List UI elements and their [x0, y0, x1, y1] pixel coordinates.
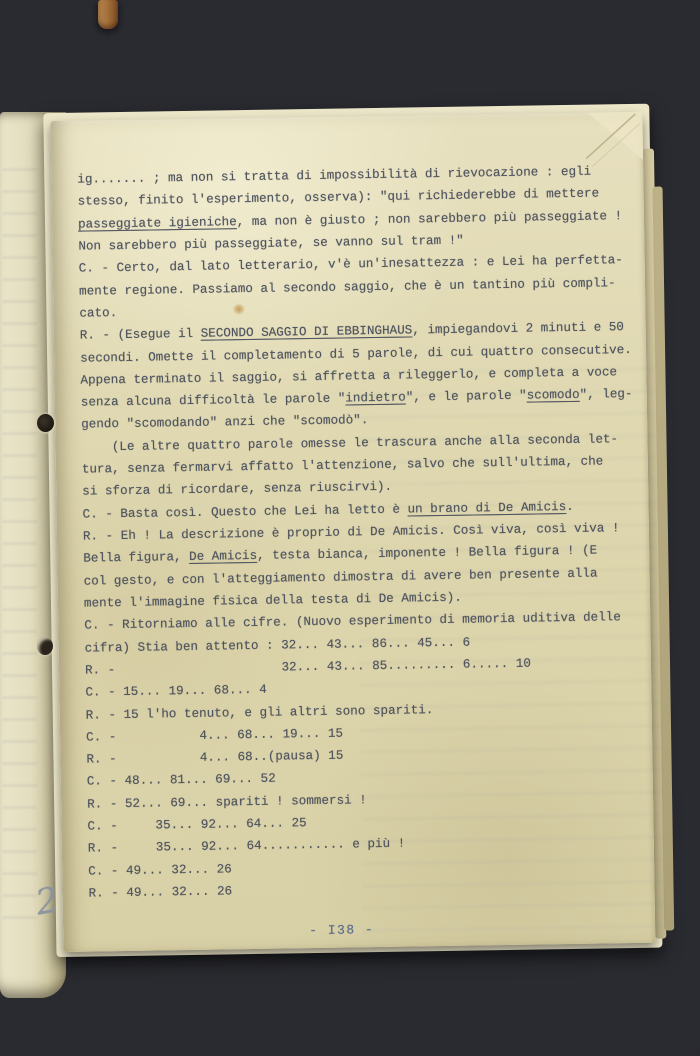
punch-hole-top — [37, 414, 54, 432]
text-segment: gendo "scomodando" anzi che "scomodò". — [81, 414, 368, 433]
text-segment: senza alcuna difficoltà le parole " — [81, 392, 346, 410]
text-segment: C. - 48... 81... 69... 52 — [87, 772, 276, 789]
text-segment: De Amicis — [189, 549, 257, 564]
text-segment: col gesto, e con l'atteggiamento dimostr… — [84, 566, 598, 588]
text-segment: stesso, finito l'esperimento, osserva): … — [78, 187, 600, 209]
text-segment: C. - 35... 92... 64... 25 — [87, 816, 306, 833]
document-page: ig....... ; ma non si tratta di impossib… — [50, 112, 655, 952]
text-segment: C. - Basta così. Questo che Lei ha letto… — [82, 502, 407, 521]
text-segment: indietro — [345, 391, 406, 406]
text-segment: cifra) Stia ben attento : 32... 43... 86… — [85, 635, 471, 655]
text-block: ig....... ; ma non si tratta di impossib… — [77, 160, 654, 905]
text-segment: cato. — [79, 306, 117, 321]
page-number: - I38 - — [309, 922, 374, 938]
text-segment: C. - 15... 19... 68... 4 — [85, 683, 267, 700]
photo-background: ig....... ; ma non si tratta di impossib… — [0, 0, 700, 1056]
text-segment: un brano di De Amicis — [407, 500, 566, 516]
text-segment: , impiegandovi 2 minuti e 50 — [412, 320, 624, 337]
text-segment: R. - 49... 32... 26 — [88, 884, 232, 900]
text-segment: si sforza di ricordare, senza riuscirvi)… — [82, 480, 392, 499]
text-segment: R. - 52... 69... spariti ! sommersi ! — [87, 793, 367, 811]
text-segment: R. - 32... 43... 85......... 6..... 10 — [85, 656, 531, 677]
text-segment: C. - 49... 32... 26 — [88, 862, 232, 878]
text-segment: C. - 4... 68... 19... 15 — [86, 726, 343, 744]
page-group: ig....... ; ma non si tratta di impossib… — [0, 0, 700, 1056]
text-segment: R. - 4... 68..(pausa) 15 — [86, 749, 343, 767]
text-segment: ", leg- — [579, 387, 632, 402]
text-segment: passeggiate igieniche — [78, 215, 237, 231]
text-segment: ", e le parole " — [406, 389, 527, 405]
text-segment: C. - Ritorniamo alle cifre. (Nuovo esper… — [84, 610, 621, 632]
text-segment: . — [566, 500, 574, 514]
text-segment: , testa bianca, imponente ! Bella figura… — [257, 544, 597, 563]
text-segment: Non sarebbero più passeggiate, se vanno … — [78, 234, 464, 254]
text-segment: R. - 35... 92... 64........... e più ! — [88, 837, 406, 856]
binder-clamp — [98, 0, 118, 29]
text-segment: R. - 15 l'ho tenuto, e gli altri sono sp… — [86, 703, 434, 722]
text-segment: SECONDO SAGGIO DI EBBINGHAUS — [201, 324, 413, 341]
text-segment: , ma non è giusto ; non sarebbero più pa… — [237, 209, 623, 229]
text-segment: mente l'immagine fisica della testa di D… — [84, 591, 462, 611]
text-segment: R. - (Esegue il — [80, 327, 201, 343]
text-segment: Bella figura, — [83, 550, 189, 566]
text-segment: tura, senza fermarvi affatto l'attenzion… — [82, 455, 604, 477]
text-segment: mente regione. Passiamo al secondo saggi… — [79, 276, 616, 298]
punch-hole-bottom — [37, 637, 53, 655]
text-segment: scomodo — [527, 388, 580, 403]
